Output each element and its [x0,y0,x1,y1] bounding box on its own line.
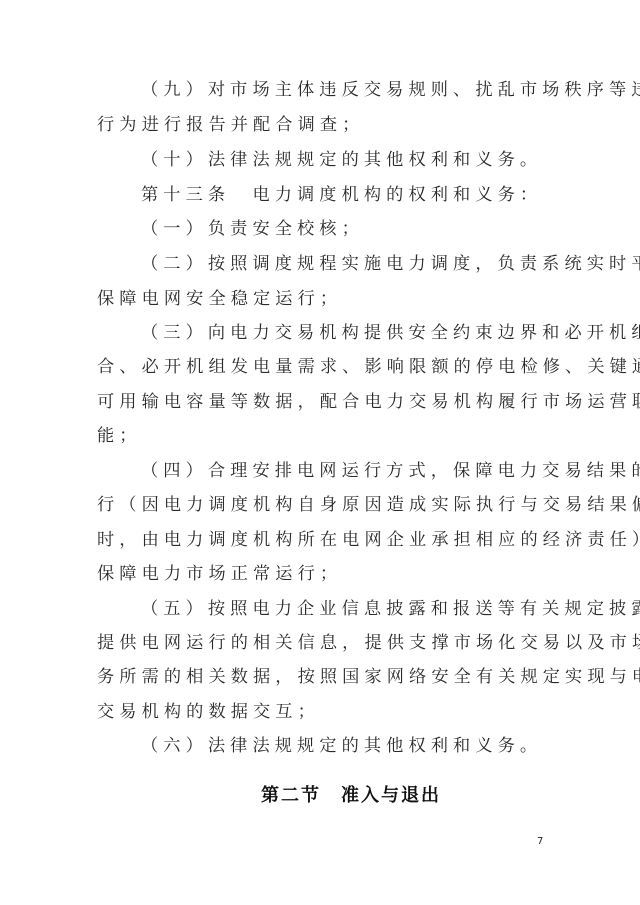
text-line-1: （九）对市场主体违反交易规则、扰乱市场秩序等违规 [141,79,640,101]
text-line-20: （六）法律法规规定的其他权利和义务。 [141,735,542,757]
text-line-18: 务所需的相关数据，按照国家网络安全有关规定实现与电力 [97,666,640,688]
text-line-12: （四）合理安排电网运行方式，保障电力交易结果的执 [141,460,640,482]
page-number: 7 [537,836,543,847]
text-line-15: 保障电力市场正常运行； [97,563,342,585]
text-line-9: 合、必开机组发电量需求、影响限额的停电检修、关键通道 [97,356,640,378]
text-line-6: （二）按照调度规程实施电力调度，负责系统实时平衡， [141,253,640,275]
text-line-8: （三）向电力交易机构提供安全约束边界和必开机组组 [141,322,640,344]
text-line-19: 交易机构的数据交互； [97,701,320,723]
text-line-14: 时，由电力调度机构所在电网企业承担相应的经济责任）， [97,529,640,551]
text-line-5: （一）负责安全校核； [141,218,364,240]
section-heading: 第二节 准入与退出 [261,781,441,807]
document-page: （九）对市场主体违反交易规则、扰乱市场秩序等违规 行为进行报告并配合调查； （十… [0,0,640,905]
text-line-11: 能； [97,425,142,447]
text-line-3: （十）法律法规规定的其他权利和义务。 [141,149,542,171]
text-line-7: 保障电网安全稳定运行； [97,288,342,310]
text-line-2: 行为进行报告并配合调查； [97,114,364,136]
article-heading-13: 第十三条 电力调度机构的权利和义务： [141,184,542,206]
text-line-13: 行（因电力调度机构自身原因造成实际执行与交易结果偏差 [97,494,640,516]
text-line-17: 提供电网运行的相关信息，提供支撑市场化交易以及市场服 [97,632,640,654]
text-line-16: （五）按照电力企业信息披露和报送等有关规定披露和 [141,598,640,620]
text-line-10: 可用输电容量等数据，配合电力交易机构履行市场运营职 [97,391,640,413]
